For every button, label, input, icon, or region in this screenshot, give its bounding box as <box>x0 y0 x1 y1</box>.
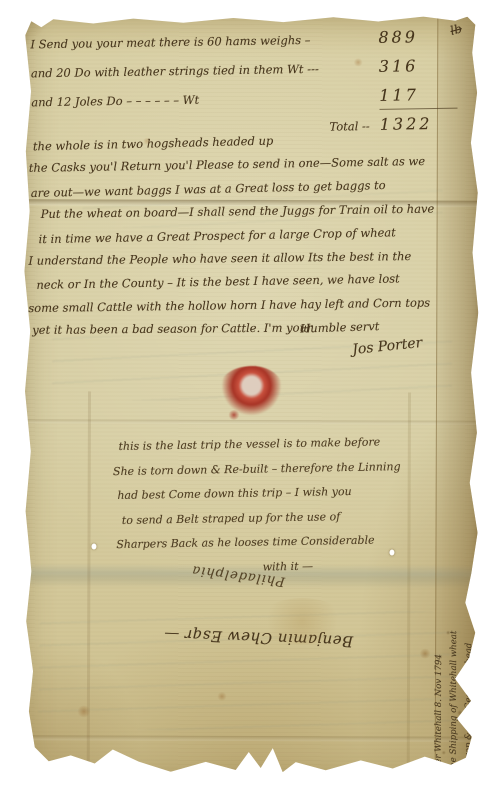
wax-seal-drip <box>228 410 240 420</box>
ledger-value: 889 <box>378 23 456 51</box>
docket-line: Jos Porter Whitehall 8. Nov 1794 <box>432 608 448 798</box>
scanned-letter: lb I Send you your meat there is 60 hams… <box>0 0 498 800</box>
letter-body: the whole is in two hogsheads headed up … <box>28 129 473 341</box>
docket-line: notes the Shipping of Whitehall wheat <box>447 608 463 798</box>
ledger-text: and 20 Do with leather strings tied in t… <box>31 55 379 87</box>
ink-show-through <box>38 604 461 737</box>
fox-stain <box>77 705 91 717</box>
ledger-text: I Send you your meat there is 60 hams we… <box>30 26 378 58</box>
pound-unit-mark: lb <box>449 21 464 37</box>
pinhole <box>389 549 394 555</box>
docket-line: also his crop &c for Geo Whitehead <box>462 608 478 798</box>
ledger-value: 316 <box>379 52 457 80</box>
ledger-value: 117 <box>379 81 457 110</box>
pinhole <box>91 543 96 549</box>
fox-stain <box>419 649 431 659</box>
fox-stain <box>353 58 363 66</box>
yellow-stain <box>257 598 347 644</box>
fox-stain <box>217 692 227 701</box>
docket-endorsement: Jos Porter Whitehall 8. Nov 1794 notes t… <box>432 608 491 798</box>
note-line: with it — <box>262 552 450 580</box>
ledger-text: and 12 Joles Do – – – – – – Wt <box>31 84 379 116</box>
letter-closing: Humble servt <box>300 319 380 335</box>
fox-stain <box>143 138 151 145</box>
letter-paper: lb I Send you your meat there is 60 hams… <box>21 11 480 785</box>
